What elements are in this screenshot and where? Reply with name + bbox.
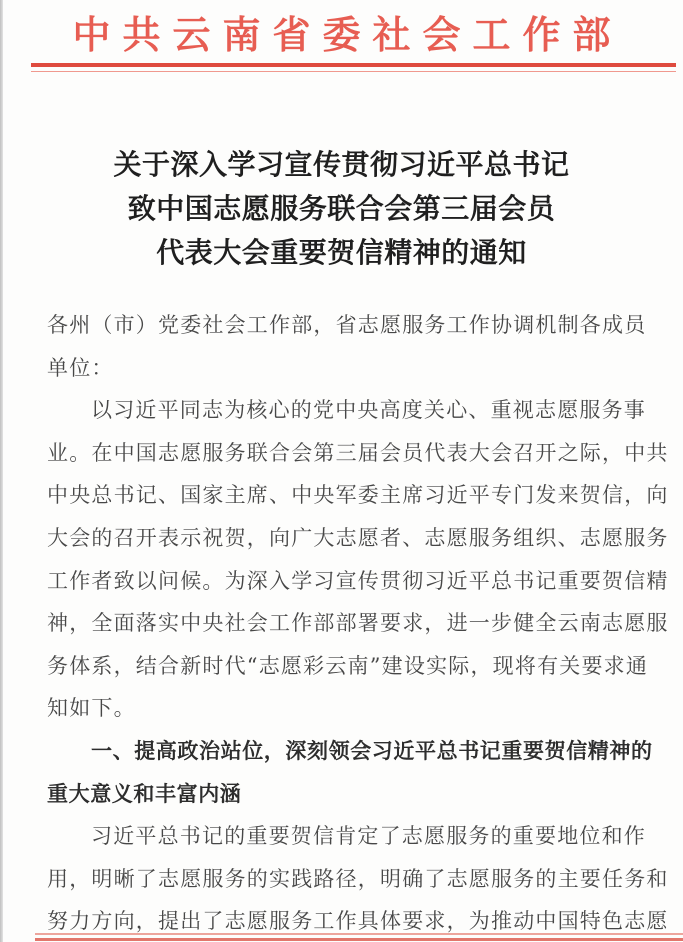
section-heading-line: 一、提高政治站位，深刻领会习近平总书记重要贺信精神的	[47, 730, 659, 773]
footer-divider-thick	[35, 938, 683, 941]
paragraph-line: 努力方向，提出了志愿服务工作具体要求，为推动中国特色志愿	[47, 900, 659, 942]
paragraph-line: 工作者致以问候。为深入学习宣传贯彻习近平总书记重要贺信精	[47, 560, 659, 603]
paragraph-line: 用，明晰了志愿服务的实践路径，明确了志愿服务的主要任务和	[47, 858, 659, 901]
section-heading-line: 重大意义和丰富内涵	[47, 773, 659, 816]
salutation-line: 各州（市）党委社会工作部，省志愿服务工作协调机制各成员	[47, 304, 659, 347]
paragraph-line: 务体系，结合新时代“志愿彩云南”建设实际，现将有关要求通	[47, 645, 659, 688]
letterhead-org-name: 中共云南省委社会工作部	[0, 4, 683, 59]
salutation-line: 单位：	[47, 347, 659, 390]
document-title-line: 致中国志愿服务联合会第三届会员	[0, 187, 683, 231]
paragraph-line: 神，全面落实中央社会工作部部署要求，进一步健全云南志愿服	[47, 602, 659, 645]
document-title-line: 关于深入学习宣传贯彻习近平总书记	[0, 143, 683, 187]
document-title: 关于深入学习宣传贯彻习近平总书记 致中国志愿服务联合会第三届会员 代表大会重要贺…	[0, 143, 683, 275]
document-body: 各州（市）党委社会工作部，省志愿服务工作协调机制各成员 单位： 以习近平同志为核…	[47, 304, 659, 942]
paragraph-line: 知如下。	[47, 687, 659, 730]
letterhead-divider-thick	[31, 63, 676, 67]
document-title-line: 代表大会重要贺信精神的通知	[0, 231, 683, 275]
paragraph-line: 业。在中国志愿服务联合会第三届会员代表大会召开之际，中共	[47, 432, 659, 475]
document-page: 中共云南省委社会工作部 关于深入学习宣传贯彻习近平总书记 致中国志愿服务联合会第…	[0, 0, 683, 942]
paragraph-line: 以习近平同志为核心的党中央高度关心、重视志愿服务事	[47, 389, 659, 432]
paragraph-line: 中央总书记、国家主席、中央军委主席习近平专门发来贺信，向	[47, 474, 659, 517]
footer-divider-thin	[35, 933, 683, 935]
letterhead-divider-thin	[31, 71, 676, 72]
paragraph-line: 大会的召开表示祝贺，向广大志愿者、志愿服务组织、志愿服务	[47, 517, 659, 560]
paragraph-line: 习近平总书记的重要贺信肯定了志愿服务的重要地位和作	[47, 815, 659, 858]
scan-edge-artifact	[0, 0, 3, 942]
